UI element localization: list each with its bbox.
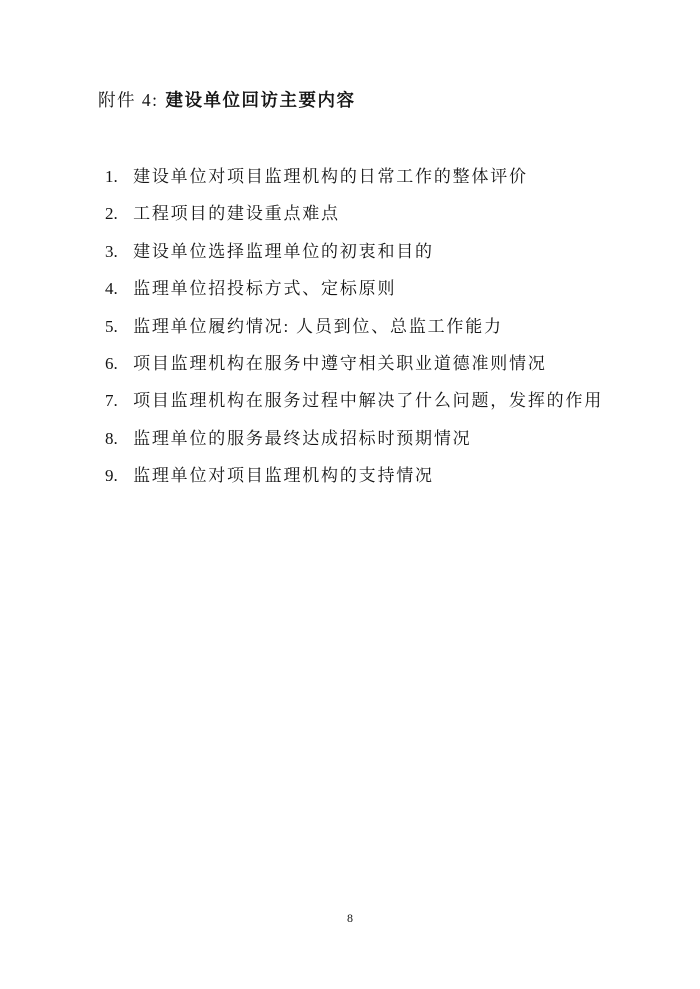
- list-item-text: 项目监理机构在服务过程中解决了什么问题，发挥的作用: [133, 391, 603, 410]
- list-item: 5. 监理单位履约情况: 人员到位、总监工作能力: [105, 315, 603, 352]
- list-item-text: 监理单位履约情况: 人员到位、总监工作能力: [133, 317, 503, 336]
- page-title: 附件 4:建设单位回访主要内容: [98, 88, 356, 112]
- list-item: 9. 监理单位对项目监理机构的支持情况: [105, 464, 603, 501]
- title-main: 建设单位回访主要内容: [166, 90, 356, 110]
- list-item-number: 5.: [105, 315, 127, 339]
- list-item: 3. 建设单位选择监理单位的初衷和目的: [105, 240, 603, 277]
- list-item-number: 9.: [105, 464, 127, 488]
- list-item-text: 工程项目的建设重点难点: [133, 204, 340, 223]
- list-item-text: 建设单位对项目监理机构的日常工作的整体评价: [133, 167, 528, 186]
- list-item-number: 7.: [105, 389, 127, 413]
- list-item: 6. 项目监理机构在服务中遵守相关职业道德准则情况: [105, 352, 603, 389]
- list-item-number: 3.: [105, 240, 127, 264]
- list-item-text: 监理单位招投标方式、定标原则: [133, 279, 396, 298]
- list-item-text: 监理单位对项目监理机构的支持情况: [133, 466, 434, 485]
- list-item-number: 6.: [105, 352, 127, 376]
- list-item-number: 8.: [105, 427, 127, 451]
- list-item-text: 建设单位选择监理单位的初衷和目的: [133, 242, 434, 261]
- list-item: 8. 监理单位的服务最终达成招标时预期情况: [105, 427, 603, 464]
- page-number: 8: [0, 911, 700, 926]
- title-prefix: 附件 4:: [98, 90, 159, 110]
- list-item: 4. 监理单位招投标方式、定标原则: [105, 277, 603, 314]
- list-item: 2. 工程项目的建设重点难点: [105, 202, 603, 239]
- list-item-text: 项目监理机构在服务中遵守相关职业道德准则情况: [133, 354, 547, 373]
- numbered-list: 1. 建设单位对项目监理机构的日常工作的整体评价 2. 工程项目的建设重点难点 …: [105, 165, 603, 502]
- document-page: 附件 4:建设单位回访主要内容 1. 建设单位对项目监理机构的日常工作的整体评价…: [0, 0, 700, 989]
- list-item: 7. 项目监理机构在服务过程中解决了什么问题，发挥的作用: [105, 389, 603, 426]
- list-item-number: 4.: [105, 277, 127, 301]
- list-item-text: 监理单位的服务最终达成招标时预期情况: [133, 429, 471, 448]
- list-item-number: 1.: [105, 165, 127, 189]
- list-item: 1. 建设单位对项目监理机构的日常工作的整体评价: [105, 165, 603, 202]
- list-item-number: 2.: [105, 202, 127, 226]
